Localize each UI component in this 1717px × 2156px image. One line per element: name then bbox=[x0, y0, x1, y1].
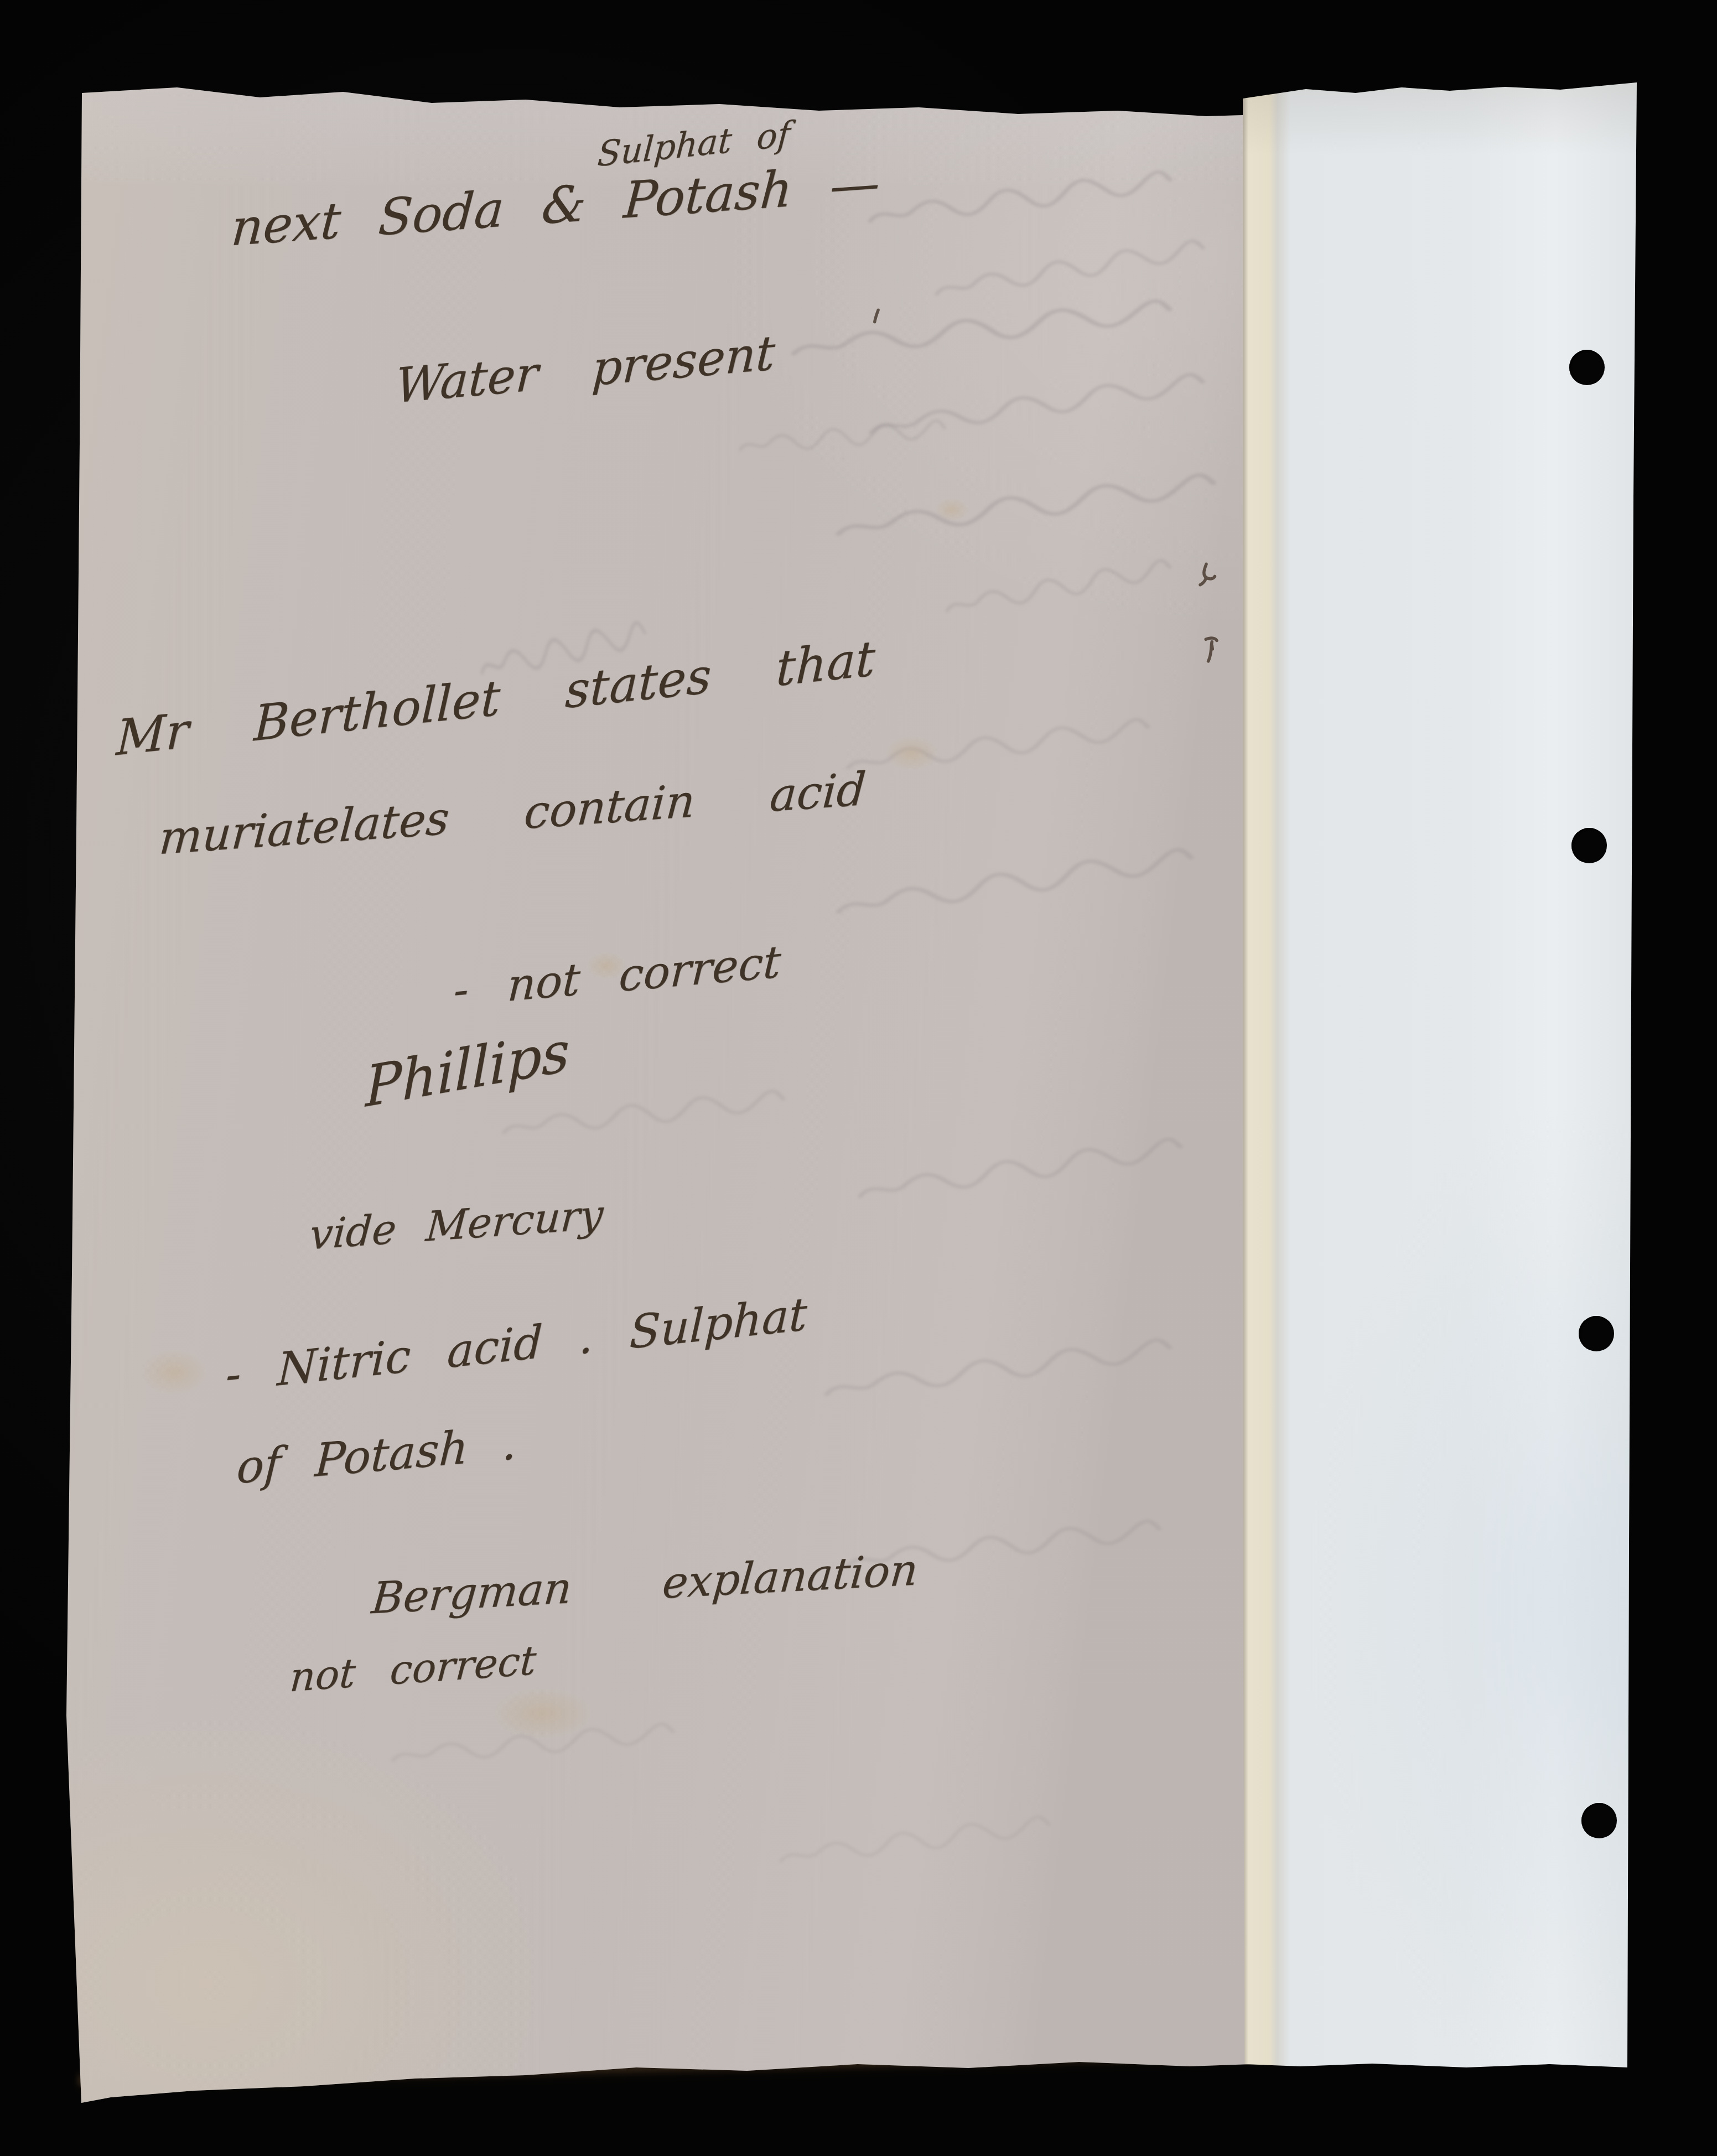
paper-stain bbox=[885, 736, 938, 770]
handwritten-line-bergman-explanation: Bergman explanation bbox=[370, 1548, 920, 1620]
handwritten-line-phillips: Phillips bbox=[365, 1023, 569, 1116]
show-through-writing bbox=[818, 1331, 1174, 1403]
show-through-writing bbox=[785, 293, 1174, 364]
paper-stain bbox=[492, 1688, 592, 1739]
handwritten-line-muriatelates: muriatelates contain acid bbox=[158, 766, 867, 862]
stray-ink-mark bbox=[870, 308, 884, 324]
show-through-writing bbox=[829, 467, 1217, 544]
punch-hole bbox=[1569, 350, 1605, 385]
show-through-writing bbox=[852, 1131, 1184, 1206]
handwritten-line-of-potash: of Potash . bbox=[236, 1421, 518, 1491]
show-through-writing bbox=[497, 1084, 786, 1141]
handwritten-line-next-soda-potash: next Soda & Potash — bbox=[230, 158, 881, 254]
photo-background: Sulphat of next Soda & Potash — Water pr… bbox=[0, 0, 1717, 2156]
handwritten-line-water-present: Water present bbox=[395, 329, 776, 411]
show-through-writing bbox=[774, 1810, 1052, 1870]
handwritten-line-not-correct-1: - not correct bbox=[453, 940, 782, 1013]
paper-stain bbox=[935, 498, 968, 521]
handwritten-line-vide-mercury: vide Mercury bbox=[308, 1194, 604, 1256]
handwritten-line-nitric-acid-sulphat: - Nitric acid . Sulphat bbox=[225, 1292, 808, 1398]
stray-ink-mark bbox=[1199, 635, 1223, 664]
show-through-writing bbox=[863, 164, 1174, 230]
show-through-writing bbox=[829, 841, 1195, 921]
stray-ink-mark bbox=[1194, 562, 1218, 586]
punch-hole bbox=[1579, 1316, 1614, 1351]
show-through-writing bbox=[929, 233, 1206, 303]
handwritten-line-not-correct-2: not correct bbox=[288, 1640, 537, 1698]
paper-stain bbox=[141, 1350, 208, 1395]
show-through-writing bbox=[841, 712, 1151, 777]
show-through-writing bbox=[735, 414, 947, 458]
punch-hole bbox=[1571, 828, 1607, 863]
show-through-writing bbox=[940, 553, 1174, 619]
punch-hole bbox=[1581, 1803, 1617, 1838]
